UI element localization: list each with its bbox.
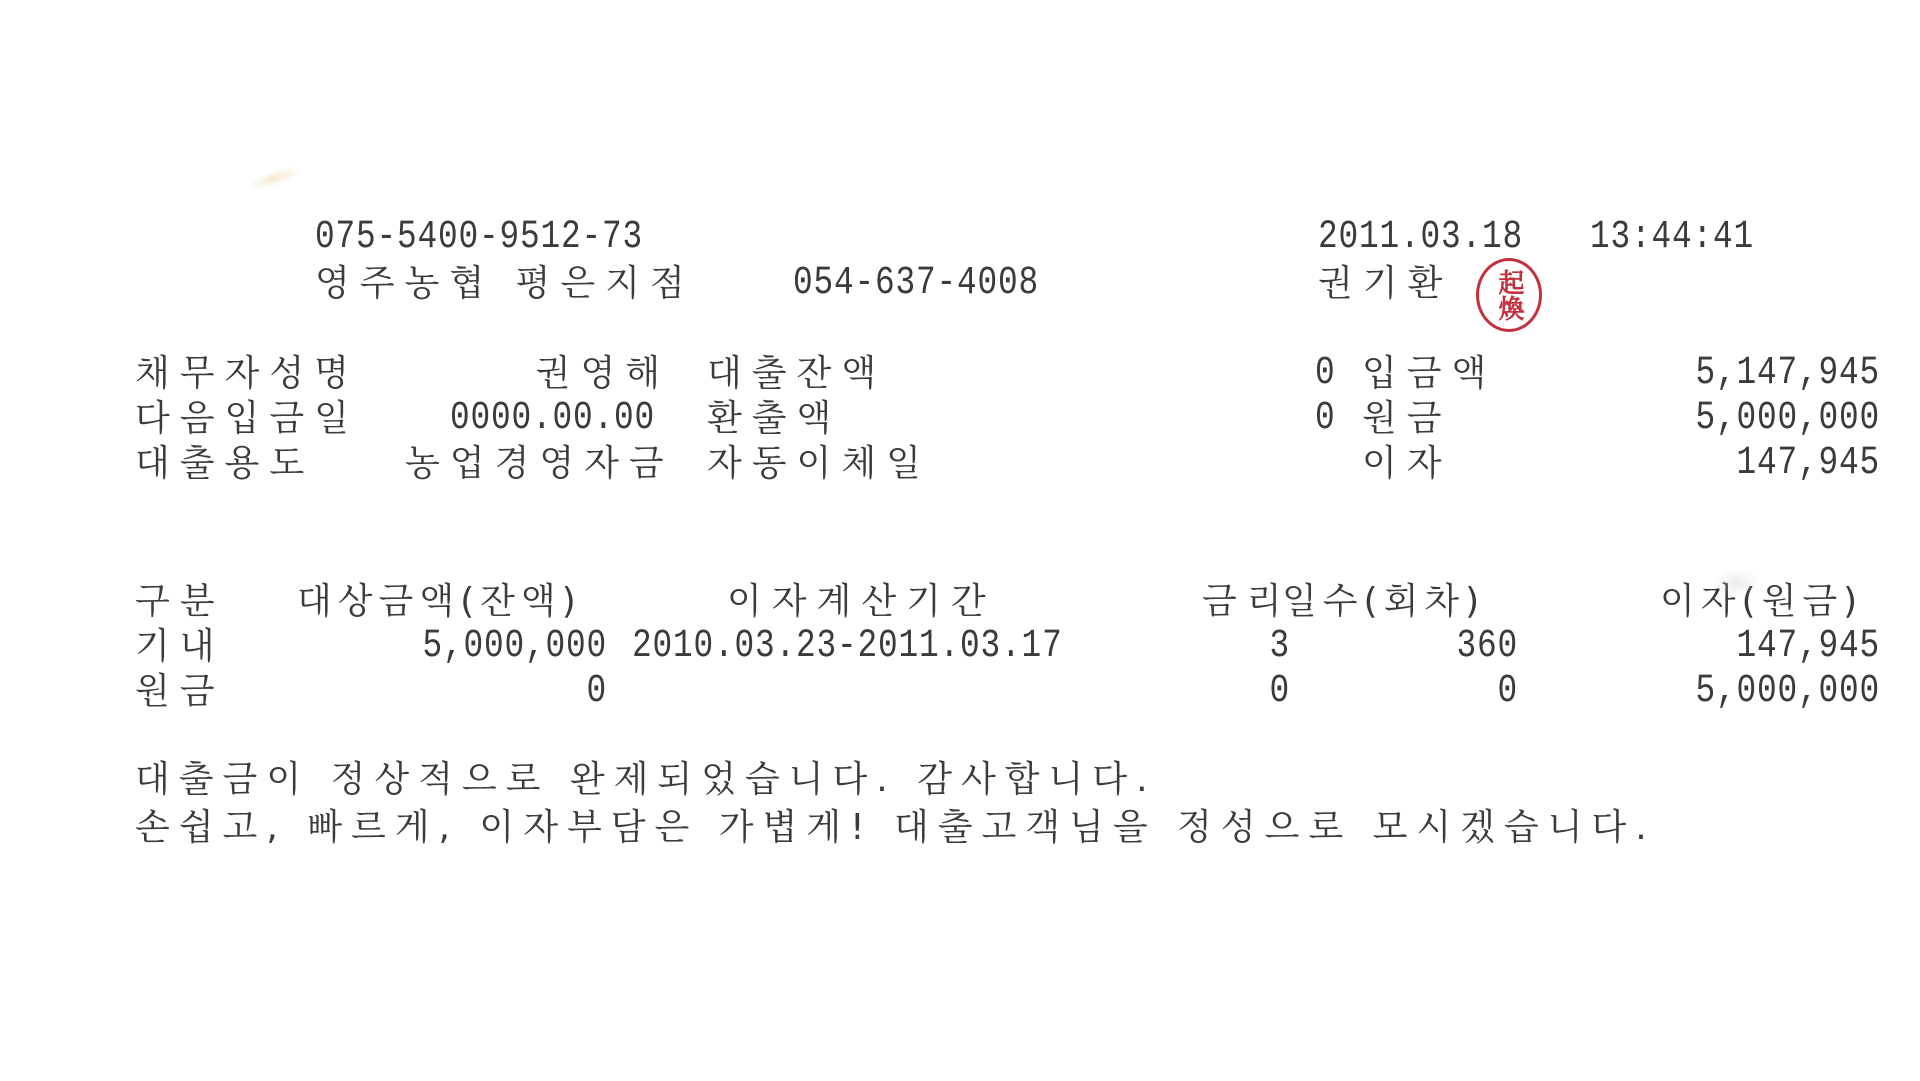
label-loan-balance: 대출잔액 xyxy=(707,352,886,396)
cell-interest: 5,000,000 xyxy=(1634,670,1880,714)
value-principal: 5,000,000 xyxy=(1634,397,1880,441)
seal-stamp-icon: 起煥 xyxy=(1476,258,1542,332)
cell-amount: 0 xyxy=(355,670,607,714)
cell-rate: 3 xyxy=(1134,625,1290,669)
seal-text: 起煥 xyxy=(1496,269,1522,321)
promo-message: 손쉽고, 빠르게, 이자부담은 가볍게! 대출고객님을 정성으로 모시겠습니다. xyxy=(135,806,1656,850)
cell-rate: 0 xyxy=(1134,670,1290,714)
value-deposit-amount: 5,147,945 xyxy=(1634,352,1880,396)
value-loan-purpose: 농업경영자금 xyxy=(405,442,674,486)
value-loan-balance: 0 xyxy=(1315,352,1336,396)
value-next-payment-date: 0000.00.00 xyxy=(450,397,655,441)
col-header-category: 구분 xyxy=(135,580,225,624)
paper-smudge xyxy=(1712,568,1762,598)
col-header-days: 일수(회차) xyxy=(1282,580,1485,624)
cell-category: 기내 xyxy=(135,625,225,669)
cell-amount: 5,000,000 xyxy=(355,625,607,669)
col-header-interest: 이자(원금) xyxy=(1660,580,1863,624)
label-interest: 이자 xyxy=(1362,442,1452,486)
branch-name: 영주농협 평은지점 xyxy=(315,262,695,306)
value-debtor-name: 권영해 xyxy=(430,352,670,396)
cell-days: 0 xyxy=(1372,670,1518,714)
cell-category: 원금 xyxy=(135,670,225,714)
label-loan-purpose: 대출용도 xyxy=(135,442,314,486)
label-auto-transfer-day: 자동이체일 xyxy=(707,442,931,486)
transaction-date: 2011.03.18 xyxy=(1318,216,1523,260)
teller-name: 권기환 xyxy=(1318,262,1452,306)
transaction-time: 13:44:41 xyxy=(1590,216,1754,260)
label-next-payment-date: 다음입금일 xyxy=(135,397,359,441)
label-refund-amount: 환출액 xyxy=(707,397,841,441)
label-principal: 원금 xyxy=(1362,397,1452,441)
branch-phone: 054-637-4008 xyxy=(793,262,1039,306)
cell-interest: 147,945 xyxy=(1634,625,1880,669)
cell-period: 2010.03.23-2011.03.17 xyxy=(632,625,1063,669)
account-number: 075-5400-9512-73 xyxy=(315,216,643,260)
cell-days: 360 xyxy=(1372,625,1518,669)
label-debtor-name: 채무자성명 xyxy=(135,352,359,396)
col-header-period: 이자계산기간 xyxy=(727,580,996,624)
col-header-amount: 대상금액(잔액) xyxy=(297,580,582,624)
value-interest: 147,945 xyxy=(1634,442,1880,486)
completion-message: 대출금이 정상적으로 완제되었습니다. 감사합니다. xyxy=(135,758,1157,802)
paper-stain xyxy=(244,161,306,195)
value-refund-amount: 0 xyxy=(1315,397,1336,441)
col-header-rate: 금리 xyxy=(1202,580,1292,624)
label-deposit-amount: 입금액 xyxy=(1362,352,1496,396)
